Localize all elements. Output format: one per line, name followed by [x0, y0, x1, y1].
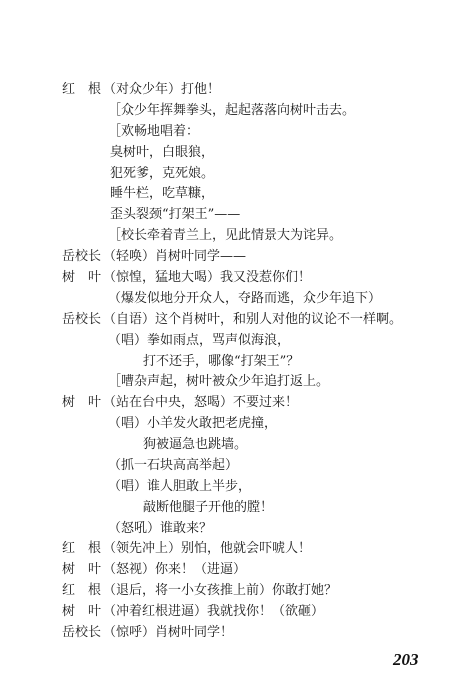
- dialogue-text: （对众少年）打他！: [103, 79, 220, 101]
- speaker-name: 岳校长: [62, 309, 104, 331]
- verse-text: 犯死爹，克死娘。: [110, 163, 214, 185]
- book-page: 红根 （对众少年）打他！ ［众少年挥舞拳头，起起落落向树叶击去。 ［欢畅地唱着：…: [0, 0, 467, 690]
- stage-direction-text: ［众少年挥舞拳头，起起落落向树叶击去。: [108, 100, 355, 122]
- stage-direction-text: （抓一石块高高举起）: [108, 455, 238, 477]
- dialogue-text: （惊惶，猛地大喝）我又没惹你们！: [103, 267, 311, 289]
- verse-text: （唱）拳如雨点，骂声似海浪，: [108, 330, 290, 352]
- speaker-name: 树叶: [62, 601, 104, 623]
- stage-direction-text: ［欢畅地唱着：: [108, 121, 199, 143]
- dialogue-text: （站在台中央，怒喝）不要过来！: [103, 392, 298, 414]
- verse-text: （唱）小羊发火敢把老虎撞，: [108, 413, 277, 435]
- verse-text: 歪头裂颈“打架王”——: [110, 204, 240, 226]
- dialogue-text: （自语）这个肖树叶，和别人对他的议论不一样啊。: [103, 309, 402, 331]
- stage-direction-text: （爆发似地分开众人，夺路而逃，众少年追下）: [108, 288, 381, 310]
- verse-text: 敲断他腿子开他的膛！: [143, 497, 273, 519]
- dialogue-text: （怒吼）谁敢来？: [108, 518, 212, 540]
- dialogue-text: （轻唤）肖树叶同学——: [103, 246, 246, 268]
- verse-text: 睡牛栏，吃草糠，: [110, 183, 214, 205]
- dialogue-text: （怒视）你来！（进逼）: [103, 559, 246, 581]
- speaker-name: 红根: [62, 79, 104, 101]
- verse-text: （唱）谁人胆敢上半步，: [108, 476, 251, 498]
- speaker-name: 树叶: [62, 267, 104, 289]
- page-number: 203: [393, 650, 419, 670]
- stage-direction-text: ［校长牵着青兰上，见此情景大为诧异。: [108, 225, 342, 247]
- speaker-name: 岳校长: [62, 246, 104, 268]
- dialogue-text: （冲着红根进逼）我就找你！（欲砸）: [103, 601, 324, 623]
- verse-text: 狗被逼急也跳墙。: [143, 434, 247, 456]
- speaker-name: 岳校长: [62, 622, 104, 644]
- speaker-name: 树叶: [62, 559, 104, 581]
- speaker-name: 树叶: [62, 392, 104, 414]
- verse-text: 打不还手，哪像“打架王”？: [143, 351, 299, 373]
- stage-direction-text: ［嘈杂声起，树叶被众少年追打返上。: [108, 371, 329, 393]
- dialogue-text: （退后，将一小女孩推上前）你敢打她？: [103, 580, 337, 602]
- speaker-name: 红根: [62, 538, 104, 560]
- dialogue-text: （领先冲上）别怕，他就会吓唬人！: [103, 538, 311, 560]
- speaker-name: 红根: [62, 580, 104, 602]
- verse-text: 臭树叶，白眼狼，: [110, 142, 214, 164]
- dialogue-text: （惊呼）肖树叶同学！: [103, 622, 233, 644]
